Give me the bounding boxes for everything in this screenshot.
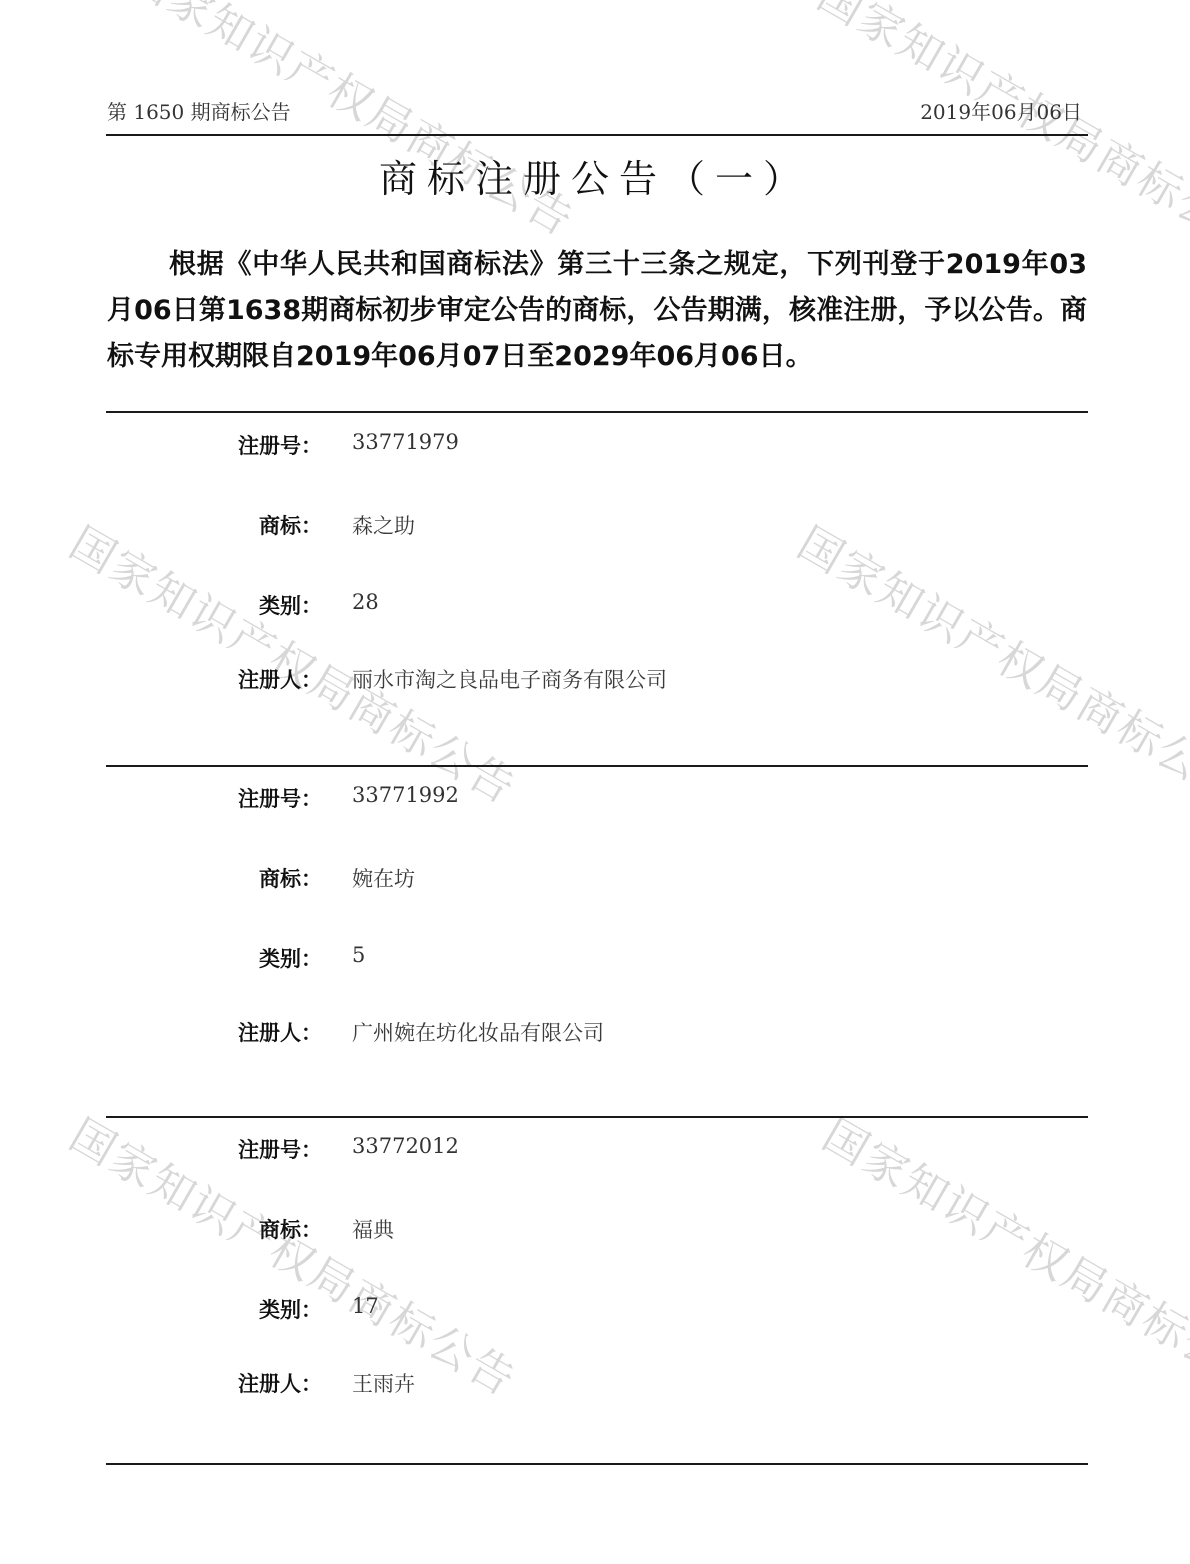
registrant-label: 注册人： bbox=[238, 664, 322, 694]
registrant-value: 丽水市淘之良品电子商务有限公司 bbox=[352, 664, 667, 694]
registrant-label: 注册人： bbox=[238, 1368, 322, 1398]
trademark-label: 商标： bbox=[259, 510, 322, 540]
field-trademark: 商标： 婉在坊 bbox=[0, 863, 1190, 893]
class-label: 类别： bbox=[259, 943, 322, 973]
reg-no-value: 33771979 bbox=[352, 430, 459, 454]
field-registrant: 注册人： 丽水市淘之良品电子商务有限公司 bbox=[0, 664, 1190, 694]
field-class: 类别： 28 bbox=[0, 590, 1190, 620]
trademark-gazette-page: 国家知识产权局商标公告 国家知识产权局商标公告 国家知识产权局商标公告 国家知识… bbox=[0, 0, 1190, 1564]
record-divider bbox=[106, 1116, 1088, 1118]
class-label: 类别： bbox=[259, 1294, 322, 1324]
trademark-value: 婉在坊 bbox=[352, 863, 415, 893]
header-divider bbox=[106, 134, 1088, 136]
class-value: 5 bbox=[352, 943, 365, 967]
reg-no-value: 33772012 bbox=[352, 1134, 459, 1158]
reg-no-label: 注册号： bbox=[238, 783, 322, 813]
field-reg-no: 注册号： 33772012 bbox=[0, 1134, 1190, 1164]
reg-no-value: 33771992 bbox=[352, 783, 459, 807]
reg-no-label: 注册号： bbox=[238, 1134, 322, 1164]
registrant-value: 广州婉在坊化妆品有限公司 bbox=[352, 1017, 604, 1047]
field-trademark: 商标： 福典 bbox=[0, 1214, 1190, 1244]
field-registrant: 注册人： 王雨卉 bbox=[0, 1368, 1190, 1398]
trademark-label: 商标： bbox=[259, 1214, 322, 1244]
publication-date: 2019年06月06日 bbox=[920, 96, 1082, 125]
field-reg-no: 注册号： 33771979 bbox=[0, 430, 1190, 460]
trademark-value: 森之助 bbox=[352, 510, 415, 540]
registrant-value: 王雨卉 bbox=[352, 1368, 415, 1398]
field-trademark: 商标： 森之助 bbox=[0, 510, 1190, 540]
trademark-value: 福典 bbox=[352, 1214, 394, 1244]
registrant-label: 注册人： bbox=[238, 1017, 322, 1047]
class-value: 28 bbox=[352, 590, 379, 614]
watermark: 国家知识产权局商标公告 bbox=[788, 508, 1190, 816]
field-reg-no: 注册号： 33771992 bbox=[0, 783, 1190, 813]
trademark-label: 商标： bbox=[259, 863, 322, 893]
class-value: 17 bbox=[352, 1294, 379, 1318]
field-class: 类别： 17 bbox=[0, 1294, 1190, 1324]
record-divider bbox=[106, 765, 1088, 767]
class-label: 类别： bbox=[259, 590, 322, 620]
field-class: 类别： 5 bbox=[0, 943, 1190, 973]
intro-paragraph: 根据《中华人民共和国商标法》第三十三条之规定，下列刊登于2019年03月06日第… bbox=[107, 242, 1087, 380]
page-title: 商标注册公告（一） bbox=[0, 148, 1190, 203]
watermark: 国家知识产权局商标公告 bbox=[60, 508, 530, 816]
reg-no-label: 注册号： bbox=[238, 430, 322, 460]
field-registrant: 注册人： 广州婉在坊化妆品有限公司 bbox=[0, 1017, 1190, 1047]
footer-divider bbox=[106, 1463, 1088, 1465]
issue-number: 第 1650 期商标公告 bbox=[107, 96, 291, 125]
record-divider bbox=[106, 411, 1088, 413]
